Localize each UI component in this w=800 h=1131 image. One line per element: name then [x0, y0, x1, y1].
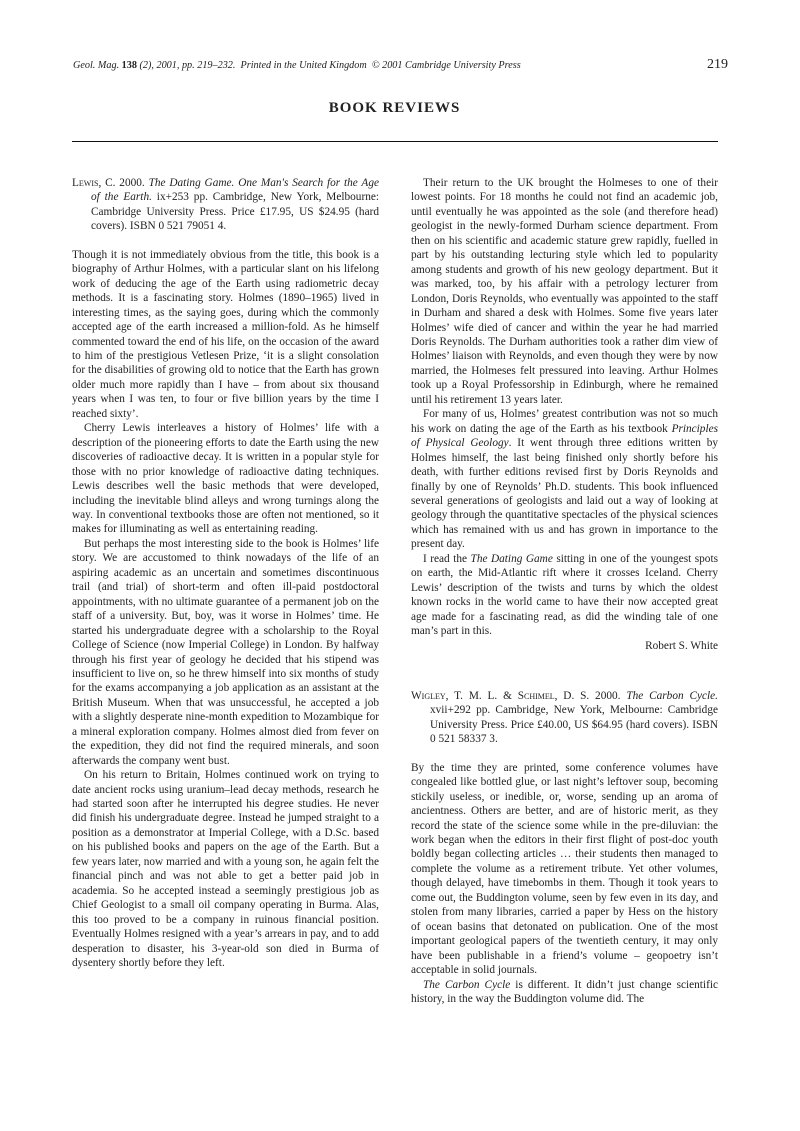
- p6-text-rest: . It went through three edi­tions writte…: [411, 437, 718, 550]
- ref-author-rest: , C. 2000.: [98, 177, 148, 189]
- ref-details: xvii+292 pp. Cambridge, New York, Melbou…: [430, 704, 718, 745]
- journal-name: Geol. Mag.: [73, 60, 119, 71]
- ref-author-2: Schimel: [518, 690, 555, 702]
- journal-volume: 138: [122, 60, 137, 71]
- review-2-paragraph-1: By the time they are printed, some confe…: [411, 761, 718, 978]
- review-2-paragraph-2: The Carbon Cycle is different. It didn’t…: [411, 978, 718, 1007]
- printed-note: Printed in the United Kingdom: [241, 60, 367, 71]
- review-1-paragraph-3: But perhaps the most interesting side to…: [72, 537, 379, 768]
- ref-author-2-rest: , D. S. 2000.: [555, 690, 627, 702]
- review-1-reference: Lewis, C. 2000. The Dating Game. One Man…: [72, 176, 379, 234]
- column-right: Their return to the UK brought the Holme…: [411, 176, 718, 1006]
- p7-text-rest: sitting in one of the youngest spots on …: [411, 553, 718, 637]
- section-title: BOOK REVIEWS: [0, 100, 789, 117]
- review-1-paragraph-6: For many of us, Holmes’ greatest contrib…: [411, 407, 718, 552]
- ref-author-1: Wigley: [411, 690, 446, 702]
- review-1-paragraph-7: I read the The Dating Game sitting in on…: [411, 552, 718, 639]
- p7-text: I read the: [423, 553, 471, 565]
- book-title-dating-game: The Dating Game: [471, 553, 553, 565]
- page-number: 219: [707, 57, 728, 73]
- ref-author: Lewis: [72, 177, 98, 189]
- column-left: Lewis, C. 2000. The Dating Game. One Man…: [72, 176, 379, 970]
- ref-author-1-rest: , T. M. L. &: [446, 690, 518, 702]
- review-1-paragraph-5: Their return to the UK brought the Holme…: [411, 176, 718, 407]
- journal-citation: Geol. Mag. 138 (2), 2001, pp. 219–232. P…: [73, 60, 521, 71]
- running-head: Geol. Mag. 138 (2), 2001, pp. 219–232. P…: [73, 60, 720, 74]
- ref-title: The Carbon Cycle.: [626, 690, 718, 702]
- review-1-paragraph-2: Cherry Lewis interleaves a history of Ho…: [72, 421, 379, 537]
- header-rule: [72, 141, 718, 142]
- reviewer-signature: Robert S. White: [411, 639, 718, 653]
- journal-issue-pages: (2), 2001, pp. 219–232.: [140, 60, 236, 71]
- book-title-carbon-cycle: The Carbon Cycle: [423, 979, 510, 991]
- review-2-reference: Wigley, T. M. L. & Schimel, D. S. 2000. …: [411, 689, 718, 747]
- review-1-paragraph-1: Though it is not immediately obvious fro…: [72, 248, 379, 421]
- copyright-note: © 2001 Cambridge University Press: [372, 60, 521, 71]
- review-1-paragraph-4: On his return to Britain, Holmes continu…: [72, 768, 379, 970]
